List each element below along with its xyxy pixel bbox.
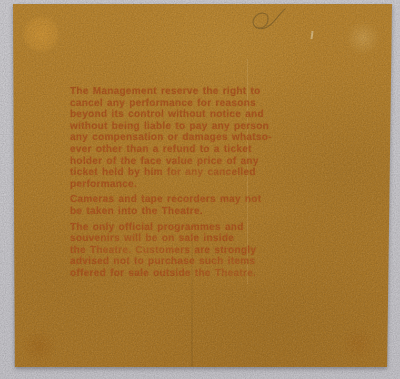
ticket-paper: The Management reserve the right to canc… [13,4,392,367]
terms-paragraph-cameras: Cameras and tape recorders may not be ta… [70,194,316,217]
pencil-squiggle [238,4,298,39]
ticket: The Management reserve the right to canc… [13,4,392,367]
terms-and-conditions-text: The Management reserve the right to canc… [70,86,316,284]
terms-paragraph-programmes: The only official programmes and souveni… [70,222,316,280]
glue-mark-top-left [22,15,60,53]
scratch-mark [310,31,313,39]
glue-mark-bottom-left [21,328,57,364]
glue-mark-top-right [346,21,380,55]
glue-mark-bottom-right [341,326,375,360]
terms-paragraph-cancellation: The Management reserve the right to canc… [70,86,316,190]
ticket-photo: The Management reserve the right to canc… [0,0,400,379]
